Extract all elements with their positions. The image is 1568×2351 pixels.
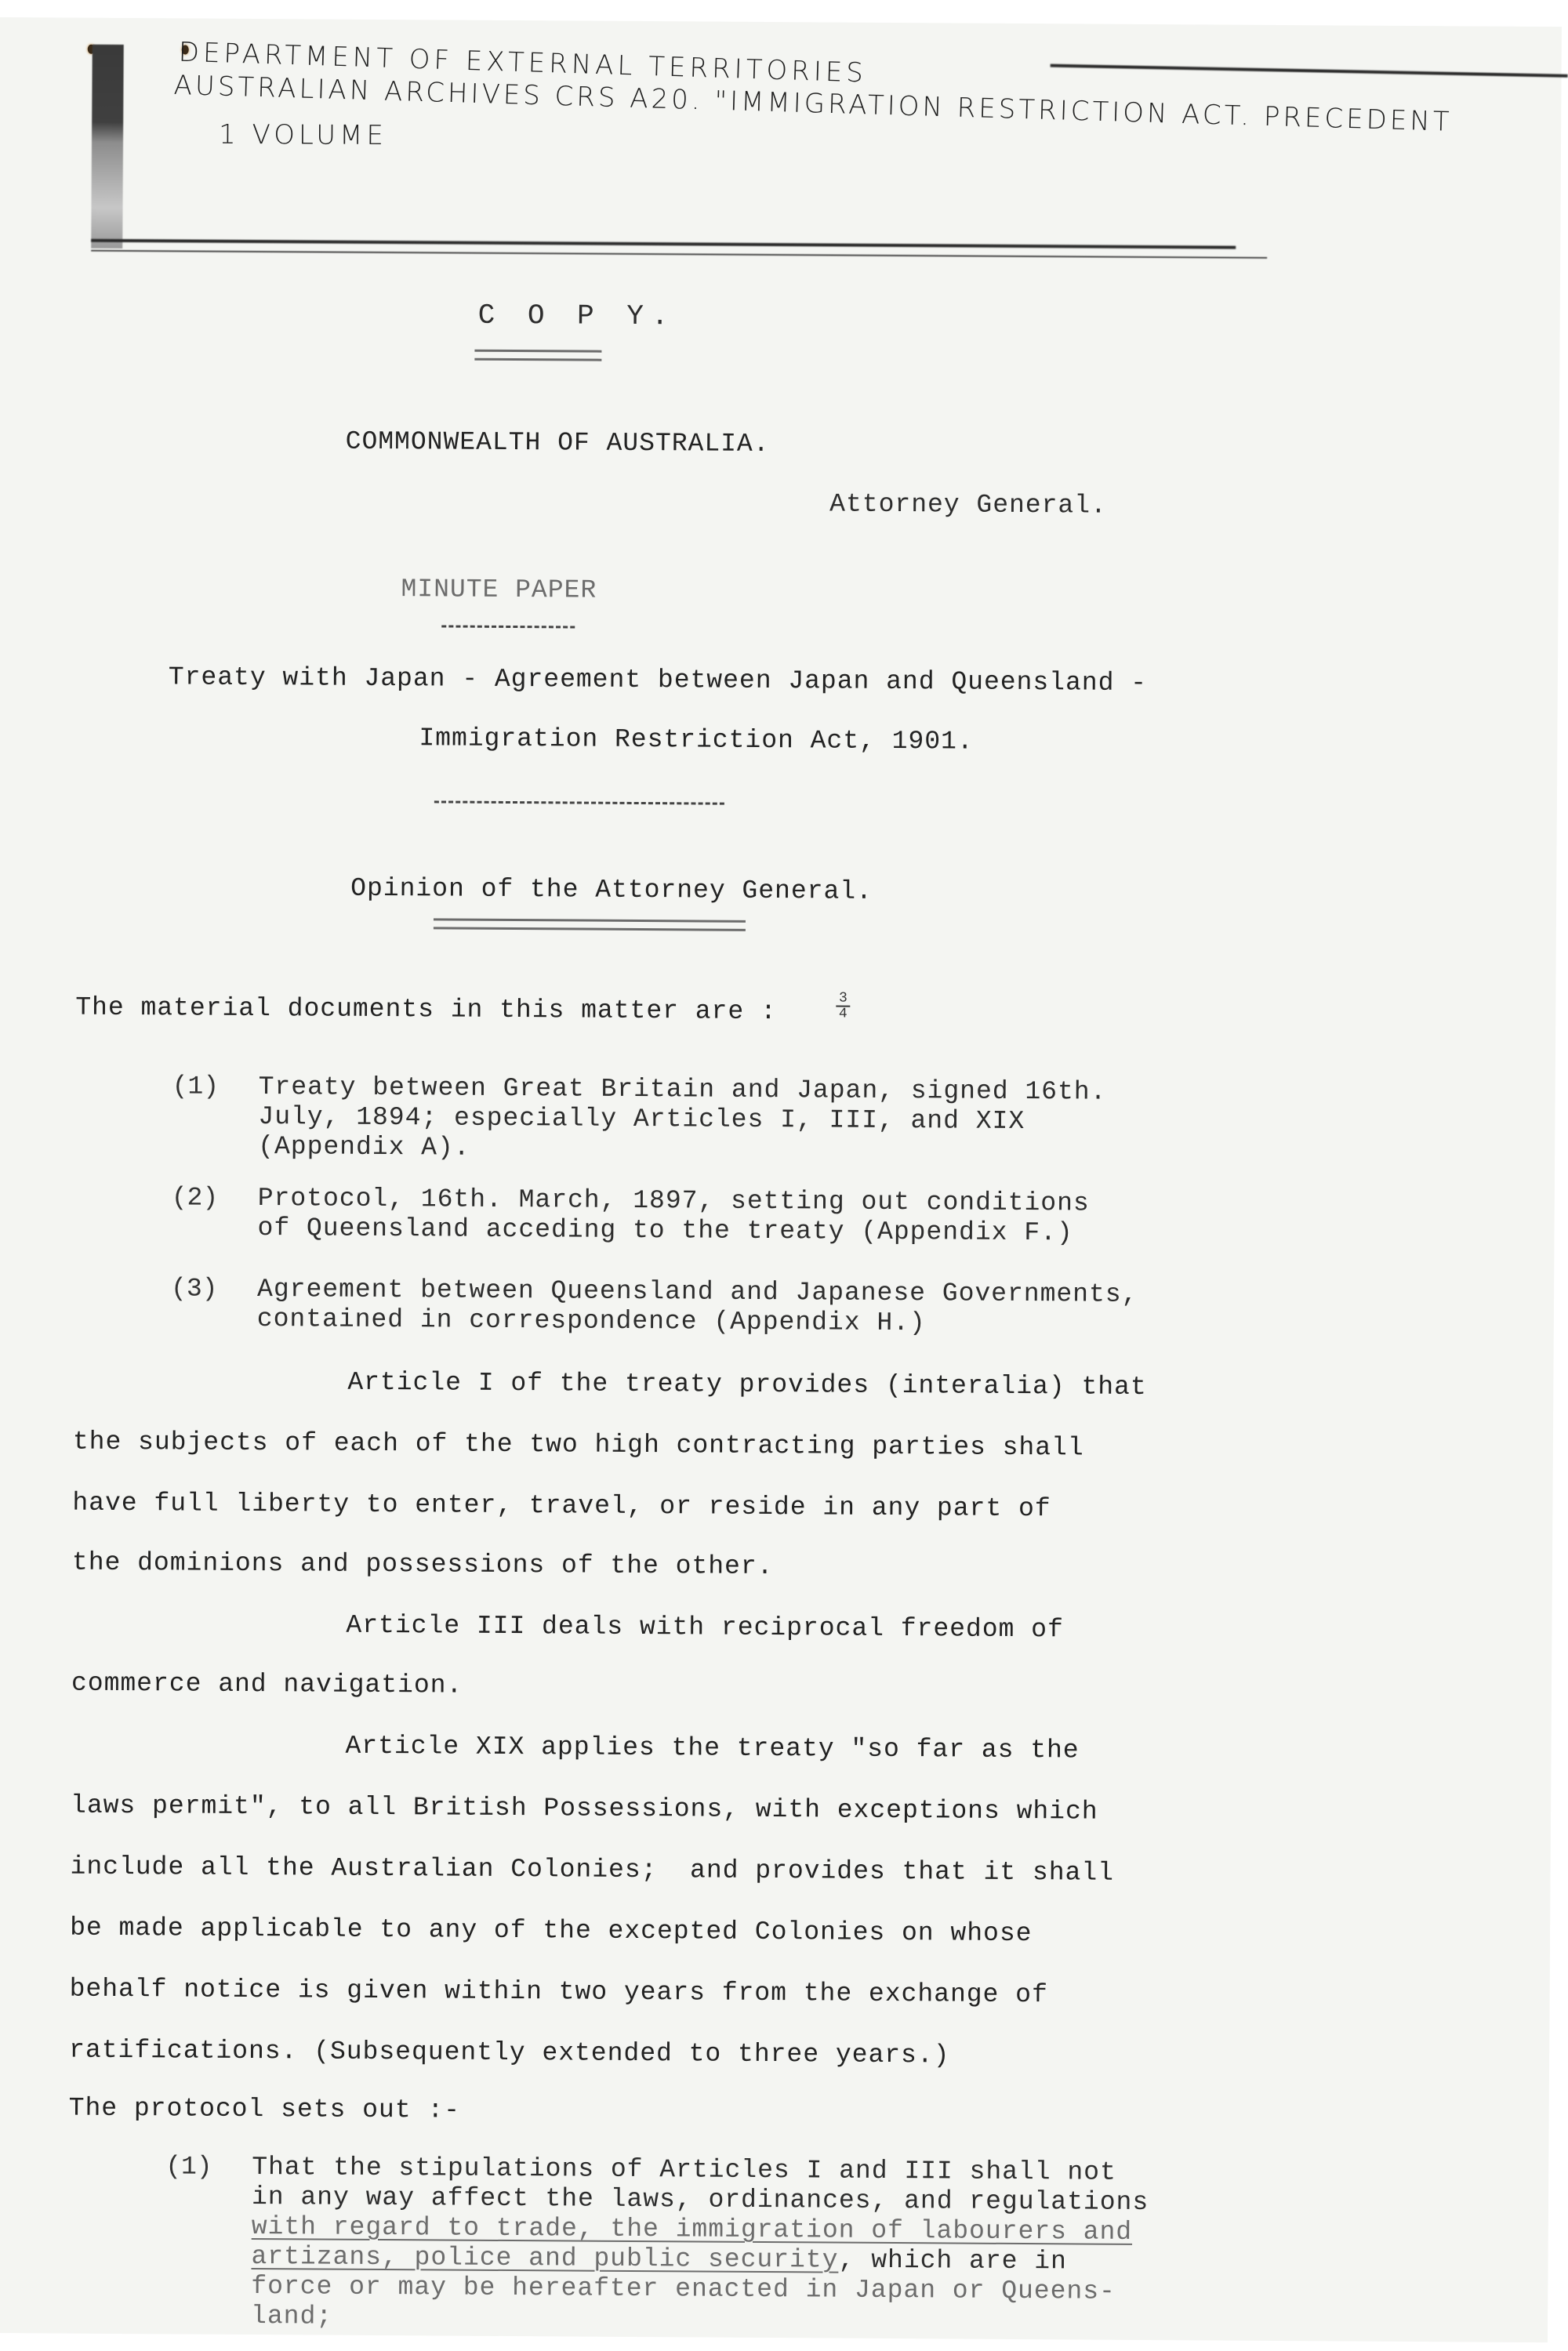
doc-type-underline bbox=[441, 625, 575, 628]
body-line: have full liberty to enter, travel, or r… bbox=[72, 1489, 1051, 1524]
document-item-number: (1) bbox=[172, 1072, 220, 1101]
document-item-number: (3) bbox=[171, 1274, 218, 1303]
protocol-item-line: force or may be hereafter enacted in Jap… bbox=[251, 2272, 1116, 2306]
body-line: laws permit", to all British Possessions… bbox=[71, 1791, 1098, 1827]
subject-line-1: Treaty with Japan - Agreement between Ja… bbox=[169, 662, 1147, 698]
opinion-heading: Opinion of the Attorney General. bbox=[350, 874, 873, 906]
body-line: Article I of the treaty provides (intera… bbox=[347, 1368, 1147, 1402]
document-page: DEPARTMENT OF EXTERNAL TERRITORIES AUSTR… bbox=[0, 17, 1562, 2342]
opinion-underline bbox=[434, 918, 746, 931]
archive-label-tab bbox=[91, 45, 124, 249]
label-border-top bbox=[1051, 64, 1568, 78]
organisation-heading: COMMONWEALTH OF AUSTRALIA. bbox=[346, 427, 770, 459]
archive-label-line-3: 1 VOLUME bbox=[219, 119, 387, 151]
body-line: be made applicable to any of the excepte… bbox=[70, 1914, 1033, 1948]
document-item-line: (Appendix A). bbox=[258, 1132, 470, 1163]
document-item-line: Agreement between Queensland and Japanes… bbox=[257, 1275, 1138, 1309]
intro-text: The material documents in this matter ar… bbox=[75, 993, 777, 1026]
body-line: include all the Australian Colonies; and… bbox=[70, 1852, 1114, 1888]
subject-line-2: Immigration Restriction Act, 1901. bbox=[419, 724, 974, 756]
body-line: behalf notice is given within two years … bbox=[70, 1975, 1048, 2010]
body-line: commerce and navigation. bbox=[71, 1669, 463, 1700]
label-border-bottom-thin bbox=[91, 250, 1267, 259]
protocol-list: (1)That the stipulations of Articles I a… bbox=[0, 17, 1562, 27]
label-border-bottom bbox=[91, 239, 1236, 249]
protocol-item-line: in any way affect the laws, ordinances, … bbox=[252, 2182, 1149, 2217]
body-text: Article I of the treaty provides (intera… bbox=[0, 17, 1562, 27]
protocol-item-line: That the stipulations of Articles I and … bbox=[252, 2153, 1116, 2187]
doc-type-heading: MINUTE PAPER bbox=[401, 575, 597, 605]
body-line: the dominions and possessions of the oth… bbox=[72, 1548, 774, 1581]
protocol-item-line-underlined: with regard to trade, the immigration of… bbox=[252, 2212, 1133, 2247]
copy-underline bbox=[474, 350, 601, 361]
body-line: The protocol sets out :- bbox=[69, 2094, 460, 2125]
body-line: the subjects of each of the two high con… bbox=[73, 1428, 1084, 1463]
document-item-line: Protocol, 16th. March, 1897, setting out… bbox=[258, 1184, 1090, 1217]
subject-separator bbox=[434, 800, 724, 804]
document-item-line: July, 1894; especially Articles I, III, … bbox=[258, 1102, 1025, 1136]
department-heading: Attorney General. bbox=[829, 489, 1107, 520]
protocol-item-line: , which are in bbox=[839, 2246, 1067, 2277]
body-line: ratifications. (Subsequently extended to… bbox=[69, 2036, 950, 2070]
document-item-number: (2) bbox=[172, 1183, 219, 1212]
body-line: Article III deals with reciprocal freedo… bbox=[346, 1611, 1064, 1645]
document-item-line: Treaty between Great Britain and Japan, … bbox=[259, 1072, 1107, 1107]
margin-fraction: 3 4 bbox=[836, 992, 850, 1021]
protocol-item-line: land; bbox=[251, 2302, 332, 2331]
protocol-item-number: (1) bbox=[165, 2152, 212, 2181]
copy-mark: C O P Y. bbox=[478, 299, 677, 333]
protocol-item-line-underlined: artizans, police and public security bbox=[251, 2242, 838, 2275]
body-line: Article XIX applies the treaty "so far a… bbox=[345, 1732, 1079, 1765]
document-item-line: contained in correspondence (Appendix H.… bbox=[257, 1304, 926, 1337]
document-item-line: of Queensland acceding to the treaty (Ap… bbox=[257, 1214, 1073, 1247]
documents-list: (1)Treaty between Great Britain and Japa… bbox=[0, 17, 1562, 27]
